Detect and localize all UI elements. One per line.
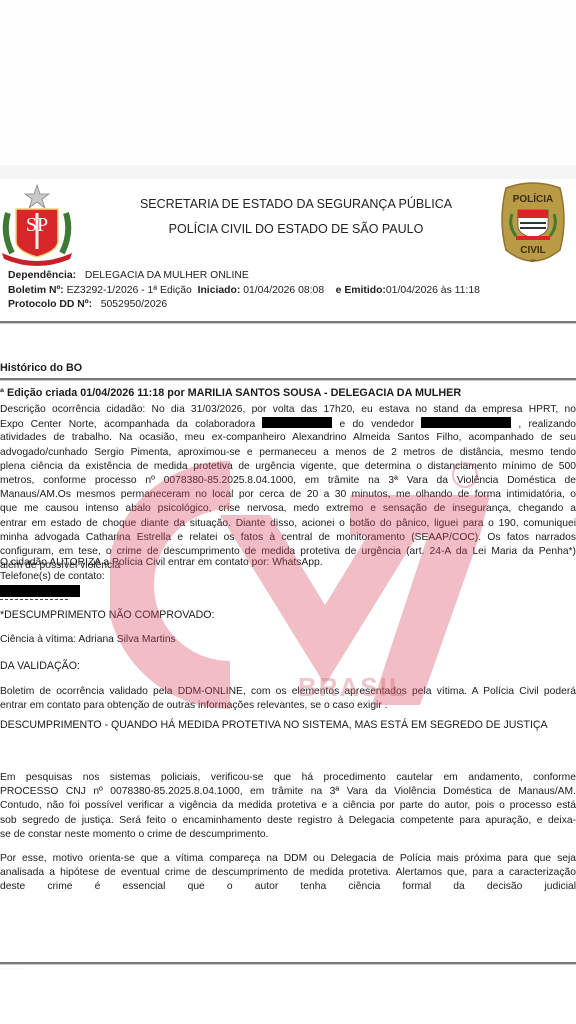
- paragraph-line: advogado/cunhado Sergio Pimenta, aproxim…: [0, 446, 576, 460]
- svg-text:SP: SP: [530, 258, 536, 263]
- boletim-label: Boletim Nº:: [8, 285, 64, 296]
- paragraph-line: que me causou intenso abalo psicológico,…: [0, 502, 576, 516]
- dependencia-value: DELEGACIA DA MULHER ONLINE: [85, 270, 249, 281]
- paragraph-line: deste crime é essencial que o autor tenh…: [0, 880, 576, 894]
- dependencia-label: Dependência:: [8, 270, 76, 281]
- telefone-label: Telefone(s) de contato:: [0, 571, 105, 582]
- paragraph-line: Expo Center Norte, acompanhada da colabo…: [0, 417, 576, 431]
- dependencia-row: Dependência: DELEGACIA DA MULHER ONLINE: [8, 270, 249, 281]
- orientacao-paragraph: Por esse, motivo orienta-se que a vítima…: [0, 852, 576, 895]
- boletim-value: EZ3292-1/2026 - 1ª Edição: [67, 285, 192, 296]
- top-margin: [0, 0, 576, 165]
- descumprimento-nao-comprovado: *DESCUMPRIMENTO NÃO COMPROVADO:: [0, 609, 214, 621]
- iniciado-label: Iniciado:: [198, 285, 241, 296]
- paragraph-line: Por esse, motivo orienta-se que a vítima…: [0, 852, 576, 866]
- dashed-separator: [0, 599, 68, 600]
- page-top-shadow: [0, 165, 576, 179]
- protocolo-label: Protocolo DD Nº:: [8, 299, 92, 310]
- paragraph-line: PROCESSO CNJ nº 0078380-85.2025.8.04.100…: [0, 785, 576, 799]
- contact-authorization: O cidadão AUTORIZA a Polícia Civil entra…: [0, 557, 323, 568]
- iniciado-value: 01/04/2026 08:08: [243, 285, 324, 296]
- paragraph-line: Manaus/AM.Os mesmos permaneceram no loca…: [0, 488, 576, 502]
- emitido-label: e Emitido:: [336, 285, 386, 296]
- svg-text:CIVIL: CIVIL: [520, 245, 546, 256]
- protocolo-row: Protocolo DD Nº: 5052950/2026: [8, 299, 167, 310]
- validacao-paragraph: Boletim de ocorrência validado pela DDM-…: [0, 685, 576, 713]
- redacted-name: [262, 417, 332, 428]
- header-divider: [0, 321, 576, 324]
- segredo-justica-title: DESCUMPRIMENTO - QUANDO HÁ MEDIDA PROTET…: [0, 719, 548, 731]
- footer-divider: [0, 962, 576, 965]
- paragraph-line: metros, conforme processo nº 0078380-85.…: [0, 474, 576, 488]
- ciencia-vitima: Ciência à vítima: Adriana Silva Martins: [0, 634, 176, 645]
- occurrence-description: Descrição ocorrência cidadão: No dia 31/…: [0, 403, 576, 573]
- paragraph-line: Em pesquisas nos sistemas policiais, ver…: [0, 771, 576, 785]
- paragraph-line: minha advogada Catharina Estrella e rela…: [0, 531, 576, 545]
- paragraph-line: se de constar neste momento o crime de d…: [0, 828, 576, 842]
- historico-divider: [0, 378, 576, 381]
- paragraph-line: entrar em estado de choque diante da sit…: [0, 517, 576, 531]
- footer-faint-text: · · · · · ·: [2, 966, 22, 972]
- emitido-value: 01/04/2026 às 11:18: [386, 285, 480, 296]
- paragraph-line: sob segredo de justiça. Será feito o enc…: [0, 814, 576, 828]
- paragraph-line: analisada a hipótese de eventual crime d…: [0, 866, 576, 880]
- boletim-row: Boletim Nº: EZ3292-1/2026 - 1ª Edição In…: [8, 285, 480, 296]
- redacted-name: [421, 417, 511, 428]
- edition-line: ª Edição criada 01/04/2026 11:18 por MAR…: [0, 387, 461, 399]
- header-policia-civil: POLÍCIA CIVIL DO ESTADO DE SÃO PAULO: [8, 222, 576, 236]
- paragraph-line: Descrição ocorrência cidadão: No dia 31/…: [0, 403, 576, 417]
- paragraph-line: entrar em contato para obtenção de outra…: [0, 699, 576, 713]
- paragraph-line: plena ciência da existência de medida pr…: [0, 460, 576, 474]
- paragraph-line: Boletim de ocorrência validado pela DDM-…: [0, 685, 576, 699]
- paragraph-line: Contudo, não foi possível verificar a vi…: [0, 799, 576, 813]
- header-secretaria: SECRETARIA DE ESTADO DA SEGURANÇA PÚBLIC…: [8, 197, 576, 211]
- historico-title: Histórico do BO: [0, 362, 82, 374]
- paragraph-line: atividades de trabalho. Na ocasião, meu …: [0, 431, 576, 445]
- redacted-phone: [0, 585, 80, 597]
- validacao-title: DA VALIDAÇÃO:: [0, 660, 80, 672]
- pesquisa-paragraph: Em pesquisas nos sistemas policiais, ver…: [0, 771, 576, 842]
- protocolo-value: 5052950/2026: [101, 299, 167, 310]
- watermark-brasil: BRASIL: [298, 672, 407, 703]
